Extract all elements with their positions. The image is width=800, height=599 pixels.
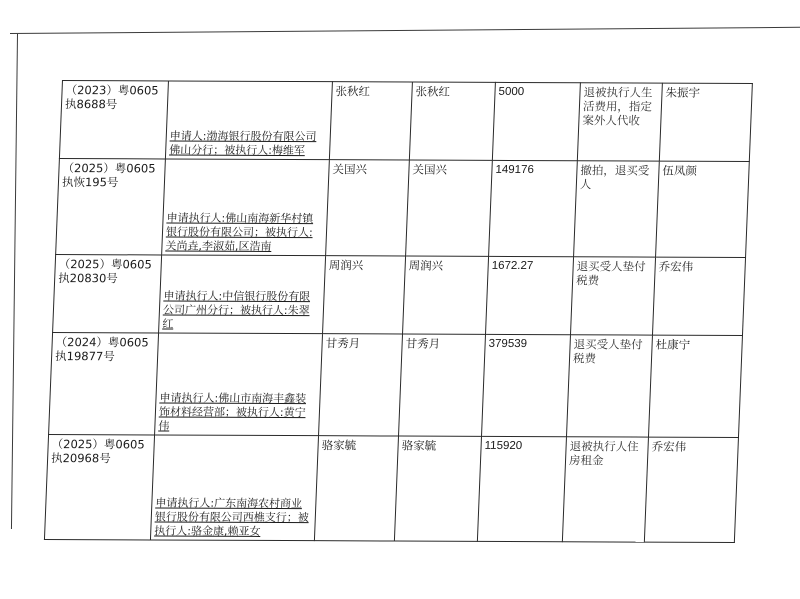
amount-cell: 5000 <box>492 82 580 160</box>
case-number-cell: （2024）粤0605执19877号 <box>49 332 159 434</box>
handler-cell: 乔宏伟 <box>652 257 745 335</box>
paper-edge-top <box>10 27 800 34</box>
amount-cell: 379539 <box>482 334 571 436</box>
recipient-cell: 甘秀月 <box>399 334 486 436</box>
parties-cell: 申请执行人:中信银行股份有限公司广州分行；被执行人:朱翠红 <box>159 255 326 334</box>
parties-cell: 申请人:渤海银行股份有限公司佛山分行；被执行人:梅维军 <box>165 81 332 160</box>
amount-cell: 115920 <box>477 436 566 541</box>
payee-cell: 甘秀月 <box>319 334 403 436</box>
parties-text: 申请执行人:广东南海农村商业银行股份有限公司西樵支行；被执行人:骆金康,赖亚女 <box>154 496 313 539</box>
table-row: （2024）粤0605执19877号 申请执行人:佛山市南海丰鑫装饰材料经营部；… <box>49 332 743 437</box>
recipient-cell: 关国兴 <box>406 160 493 256</box>
table-row: （2025）粤0605执20830号 申请执行人:中信银行股份有限公司广州分行；… <box>53 255 746 336</box>
reason-cell: 退被执行人住房租金 <box>562 437 648 542</box>
recipient-cell: 周润兴 <box>403 256 489 334</box>
case-number-cell: （2025）粤0605执20968号 <box>44 434 154 539</box>
recipient-cell: 骆家毓 <box>394 436 481 541</box>
reason-cell: 退买受人垫付税费 <box>570 257 655 335</box>
payee-cell: 骆家毓 <box>314 436 398 541</box>
case-number-cell: （2025）粤0605执恢195号 <box>56 159 166 255</box>
payee-cell: 周润兴 <box>323 256 406 334</box>
records-table-container: （2023）粤0605执8688号 申请人:渤海银行股份有限公司佛山分行；被执行… <box>44 80 753 543</box>
table-row: （2025）粤0605执20968号 申请执行人:广东南海农村商业银行股份有限公… <box>44 434 738 542</box>
recipient-cell: 张秋红 <box>409 82 495 160</box>
paper-edge-left <box>11 34 18 529</box>
parties-cell: 申请执行人:佛山南海新华村镇银行股份有限公司；被执行人:关尚垚,李淑茹,区浩南 <box>162 159 330 256</box>
reason-cell: 退买受人垫付税费 <box>566 335 652 437</box>
parties-text: 申请执行人:佛山市南海丰鑫装饰材料经营部；被执行人:黄宁伟 <box>158 391 317 434</box>
handler-cell: 乔宏伟 <box>644 437 738 542</box>
handler-cell: 杜康宁 <box>648 335 742 437</box>
parties-text: 申请执行人:中信银行股份有限公司广州分行；被执行人:朱翠红 <box>162 289 321 332</box>
reason-cell: 退被执行人生活费用，指定案外人代收 <box>577 83 662 161</box>
handler-cell: 伍凤颜 <box>656 161 750 257</box>
case-number-cell: （2023）粤0605执8688号 <box>59 81 168 159</box>
handler-cell: 朱振宇 <box>659 83 752 161</box>
parties-text: 申请执行人:佛山南海新华村镇银行股份有限公司；被执行人:关尚垚,李淑茹,区浩南 <box>165 211 324 254</box>
payee-cell: 张秋红 <box>329 82 412 160</box>
table-row: （2023）粤0605执8688号 申请人:渤海银行股份有限公司佛山分行；被执行… <box>59 81 752 162</box>
refund-records-table: （2023）粤0605执8688号 申请人:渤海银行股份有限公司佛山分行；被执行… <box>44 80 753 543</box>
payee-cell: 关国兴 <box>326 160 410 256</box>
parties-text: 申请人:渤海银行股份有限公司佛山分行；被执行人:梅维军 <box>169 129 327 158</box>
amount-cell: 149176 <box>489 160 578 256</box>
amount-cell: 1672.27 <box>486 256 574 334</box>
reason-cell: 撤拍，退买受人 <box>574 161 660 257</box>
parties-cell: 申请执行人:广东南海农村商业银行股份有限公司西樵支行；被执行人:骆金康,赖亚女 <box>150 435 318 541</box>
parties-cell: 申请执行人:佛山市南海丰鑫装饰材料经营部；被执行人:黄宁伟 <box>155 333 323 436</box>
table-row: （2025）粤0605执恢195号 申请执行人:佛山南海新华村镇银行股份有限公司… <box>56 159 750 258</box>
case-number-cell: （2025）粤0605执20830号 <box>53 255 162 333</box>
